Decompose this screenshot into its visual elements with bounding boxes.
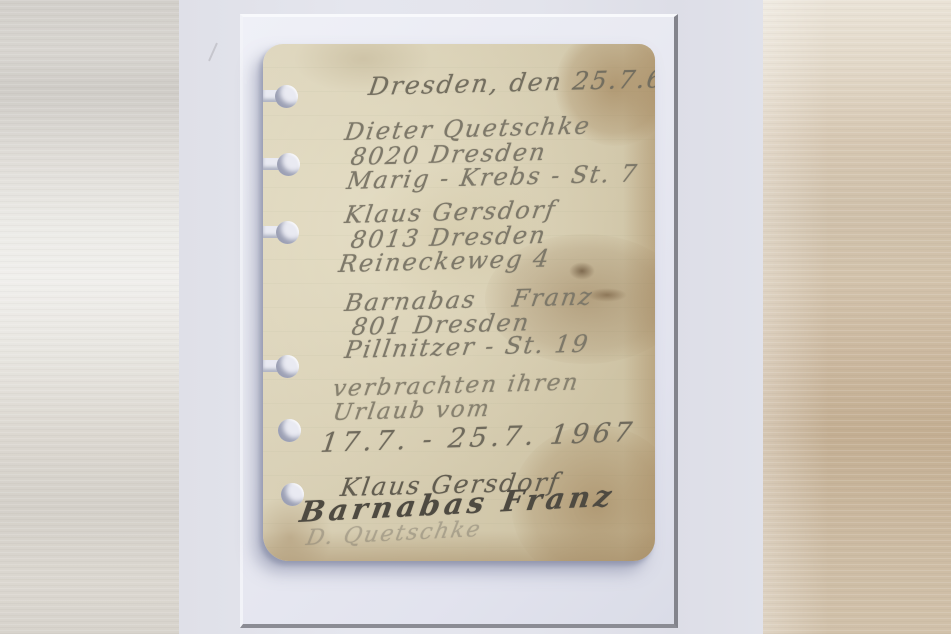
entry2-street: Reineckeweg 4 bbox=[337, 244, 553, 278]
wood-streaks-left bbox=[0, 0, 179, 634]
wood-streaks-right bbox=[763, 0, 951, 634]
framed-photo: Dresden, den 25.7.67 Dieter Quetschke 80… bbox=[0, 0, 951, 634]
punched-hole bbox=[281, 483, 304, 506]
punched-hole bbox=[276, 221, 299, 244]
punched-hole bbox=[276, 355, 299, 378]
background-blur-left bbox=[0, 0, 179, 634]
punched-hole bbox=[275, 85, 298, 108]
statement-line-2: Urlaub vom bbox=[331, 396, 493, 426]
punched-hole bbox=[277, 153, 300, 176]
background-blur-right bbox=[763, 0, 951, 634]
punched-hole bbox=[278, 419, 301, 442]
notebook-page: Dresden, den 25.7.67 Dieter Quetschke 80… bbox=[263, 44, 655, 561]
stain bbox=[569, 262, 595, 280]
